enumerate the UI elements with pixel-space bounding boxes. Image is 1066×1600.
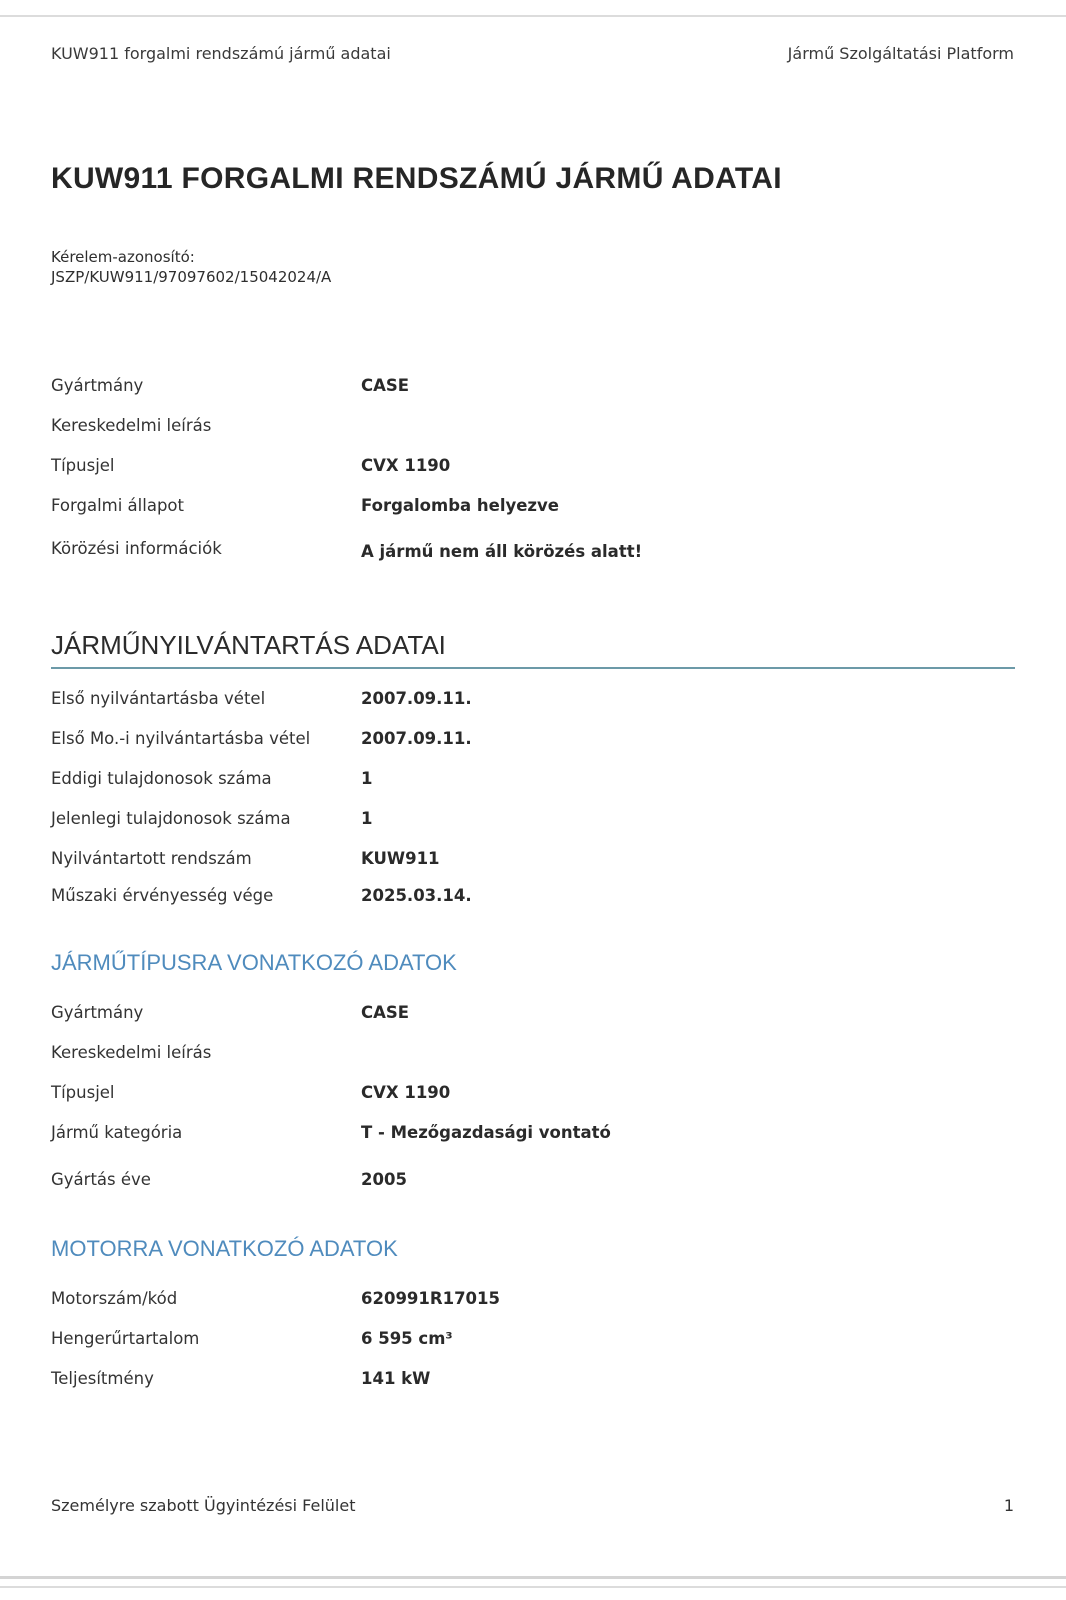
row-label: Motorszám/kód [51,1289,361,1308]
vehicle-type-table: Gyártmány CASE Kereskedelmi leírás Típus… [51,1003,751,1210]
row-value: 2007.09.11. [361,689,472,708]
section-title-engine: MOTORRA VONATKOZÓ ADATOK [51,1236,398,1262]
row-label: Első Mo.-i nyilvántartásba vétel [51,729,361,748]
table-row: Kereskedelmi leírás [51,416,751,456]
footer-service-name: Személyre szabott Ügyintézési Felület [51,1496,355,1515]
row-label: Forgalmi állapot [51,496,361,515]
row-value: CASE [361,376,409,395]
page-top-rule [0,15,1066,17]
table-row: Forgalmi állapot Forgalomba helyezve [51,496,751,539]
table-row: Jelenlegi tulajdonosok száma 1 [51,809,751,849]
row-label: Kereskedelmi leírás [51,416,361,435]
row-label: Körözési információk [51,539,361,558]
table-row: Gyártás éve 2005 [51,1170,751,1210]
row-label: Első nyilvántartásba vétel [51,689,361,708]
row-value: CASE [361,1003,409,1022]
row-label: Gyártás éve [51,1170,361,1189]
row-value: 2005 [361,1170,407,1189]
section-title-registration: JÁRMŰNYILVÁNTARTÁS ADATAI [51,630,1015,669]
request-id-value: JSZP/KUW911/97097602/15042024/A [51,267,331,287]
row-label: Gyártmány [51,376,361,395]
row-value: 1 [361,769,372,788]
table-row: Első Mo.-i nyilvántartásba vétel 2007.09… [51,729,751,769]
table-row: Körözési információk A jármű nem áll kör… [51,539,751,579]
row-label: Nyilvántartott rendszám [51,849,361,868]
summary-table: Gyártmány CASE Kereskedelmi leírás Típus… [51,376,751,579]
table-row: Műszaki érvényesség vége 2025.03.14. [51,886,751,926]
table-row: Gyártmány CASE [51,376,751,416]
wanted-status-value: A jármű nem áll körözés alatt! [361,542,642,561]
section-title-vehicle-type: JÁRMŰTÍPUSRA VONATKOZÓ ADATOK [51,950,457,976]
table-row: Hengerűrtartalom 6 595 cm³ [51,1329,751,1369]
row-value: 1 [361,809,372,828]
table-row: Eddigi tulajdonosok száma 1 [51,769,751,809]
engine-table: Motorszám/kód 620991R17015 Hengerűrtarta… [51,1289,751,1409]
registration-table: Első nyilvántartásba vétel 2007.09.11. E… [51,689,751,926]
page-number: 1 [1004,1496,1014,1515]
row-value: 2007.09.11. [361,729,472,748]
row-label: Hengerűrtartalom [51,1329,361,1348]
row-value: 141 kW [361,1369,430,1388]
table-row: Jármű kategória T - Mezőgazdasági vontat… [51,1123,751,1170]
running-header: KUW911 forgalmi rendszámú jármű adatai J… [51,44,1014,63]
row-label: Jelenlegi tulajdonosok száma [51,809,361,828]
page-bottom-rule-secondary [0,1586,1066,1588]
table-row: Első nyilvántartásba vétel 2007.09.11. [51,689,751,729]
row-label: Teljesítmény [51,1369,361,1388]
row-value: CVX 1190 [361,456,450,475]
request-id-label: Kérelem-azonosító: [51,247,331,267]
header-document-title: KUW911 forgalmi rendszámú jármű adatai [51,44,391,63]
page-bottom-rule [0,1576,1066,1579]
row-label: Típusjel [51,456,361,475]
header-platform-name: Jármű Szolgáltatási Platform [788,44,1014,63]
row-value: 620991R17015 [361,1289,500,1308]
request-id: Kérelem-azonosító: JSZP/KUW911/97097602/… [51,247,331,287]
row-value: T - Mezőgazdasági vontató [361,1123,611,1142]
row-label: Típusjel [51,1083,361,1102]
row-label: Gyártmány [51,1003,361,1022]
page-title: KUW911 FORGALMI RENDSZÁMÚ JÁRMŰ ADATAI [51,162,782,196]
row-label: Eddigi tulajdonosok száma [51,769,361,788]
table-row: Gyártmány CASE [51,1003,751,1043]
table-row: Nyilvántartott rendszám KUW911 [51,849,751,886]
table-row: Motorszám/kód 620991R17015 [51,1289,751,1329]
table-row: Típusjel CVX 1190 [51,1083,751,1123]
row-value: Forgalomba helyezve [361,496,559,515]
table-row: Teljesítmény 141 kW [51,1369,751,1409]
row-value: KUW911 [361,849,440,868]
row-value: CVX 1190 [361,1083,450,1102]
running-footer: Személyre szabott Ügyintézési Felület 1 [51,1496,1014,1515]
row-value: 2025.03.14. [361,886,472,905]
row-label: Műszaki érvényesség vége [51,886,361,905]
row-label: Kereskedelmi leírás [51,1043,361,1062]
row-label: Jármű kategória [51,1123,361,1142]
table-row: Típusjel CVX 1190 [51,456,751,496]
table-row: Kereskedelmi leírás [51,1043,751,1083]
row-value: 6 595 cm³ [361,1329,453,1348]
